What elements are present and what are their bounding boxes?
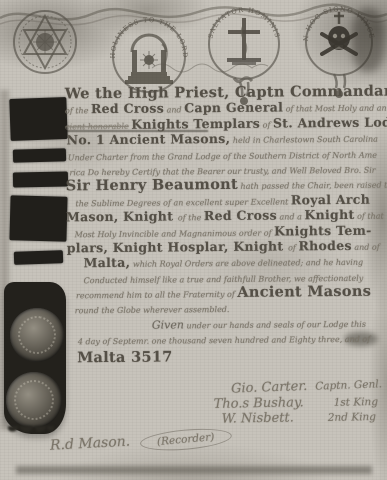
- wax-seal: [1, 367, 67, 433]
- text-segment: Capn General: [184, 100, 283, 116]
- wax-seal: [7, 305, 68, 366]
- signature-title: 1st King: [334, 396, 379, 409]
- text-segment: of that: [354, 212, 383, 221]
- text-segment: of the: [65, 107, 91, 116]
- ribbon-segment: [14, 250, 63, 265]
- text-segment: hath passed the Chair, been raised to: [238, 181, 387, 191]
- ribbon-segment: [9, 97, 67, 141]
- ribbon-segment: [13, 148, 66, 162]
- text-segment: Malta 3517: [77, 348, 173, 366]
- certificate-line: recommend him to all the Fraternity of A…: [67, 283, 381, 301]
- signature-name: R.d Mason.: [50, 434, 131, 454]
- ribbon-segment: [9, 195, 67, 241]
- signature-title: (Recorder): [139, 426, 232, 454]
- certificate-line: 4 day of Septemr. one thousand seven hun…: [67, 329, 381, 347]
- signature-recorder: R.d Mason. (Recorder): [50, 427, 232, 456]
- text-segment: Red Cross: [91, 101, 164, 117]
- signature-name: W. Nisbett.: [222, 410, 294, 426]
- signature-title: 2nd King: [328, 411, 376, 424]
- text-segment: held in Charlestown South Carolina: [230, 135, 378, 145]
- text-segment: No. 1 Ancient Masons,: [66, 131, 230, 147]
- text-segment: and: [164, 106, 184, 115]
- signature-name: Gio. Carter.: [231, 379, 308, 397]
- blazing-star-seal: [4, 0, 86, 86]
- text-segment: and a: [277, 212, 305, 221]
- text-segment: Knights Tem-: [274, 222, 372, 238]
- stain: [16, 466, 372, 474]
- wax-seal-cluster: [4, 282, 66, 434]
- text-segment: Mason, Knight: [66, 209, 178, 225]
- text-segment: of: [260, 120, 273, 129]
- text-segment: and of: [352, 243, 380, 252]
- text-segment: of the: [178, 213, 204, 222]
- text-segment: Malta,: [83, 255, 130, 270]
- signature-second-king: W. Nisbett. 2nd King: [150, 409, 376, 428]
- text-segment: cient honorable: [65, 122, 129, 132]
- signature-name: Tho.s Bushay.: [214, 395, 304, 412]
- text-segment: 4 day of Septemr. one thousand seven hun…: [78, 335, 370, 347]
- text-segment: Red Cross: [204, 208, 277, 224]
- certificate-line: Malta 3517: [67, 344, 381, 367]
- text-segment: Given: [152, 318, 184, 331]
- certificate-page: HOLINESS TO THE LORD SALVATOR HOMINIS IN…: [0, 0, 387, 480]
- text-segment: Royal Arch: [291, 191, 370, 207]
- text-segment: Ancient Masons: [237, 283, 371, 301]
- certificate-lines: We the High Priest, Captn Commandantof t…: [65, 83, 381, 367]
- ribbon-segment: [13, 172, 68, 188]
- text-segment: Knight: [304, 207, 354, 222]
- text-segment: of: [288, 243, 298, 252]
- signature-title: Captn. Genl.: [315, 378, 382, 392]
- text-segment: Rhodes: [298, 238, 351, 253]
- text-segment: of that Most Holy and an: [283, 104, 387, 114]
